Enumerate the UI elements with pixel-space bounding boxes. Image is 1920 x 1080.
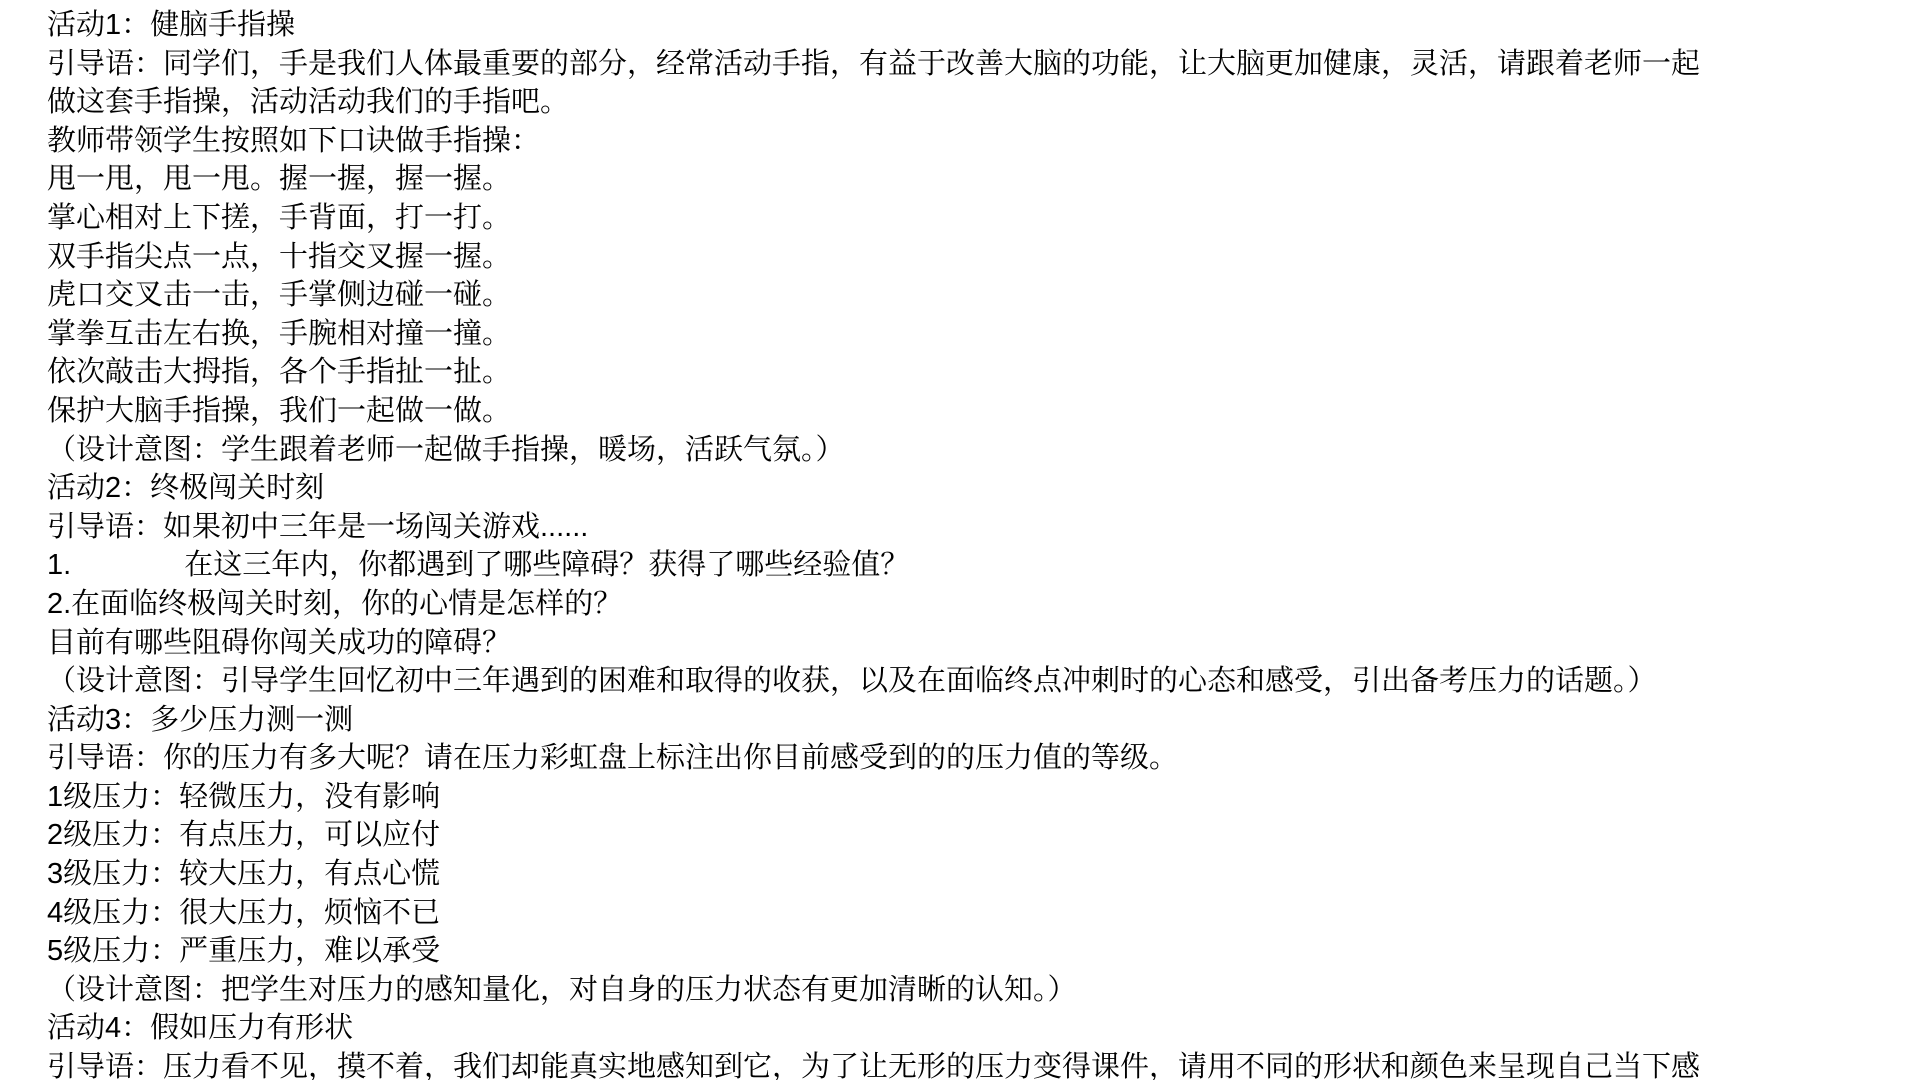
stress-level-3: 3级压力：较大压力，有点心慌 xyxy=(47,855,1900,894)
design-intent-note: （设计意图：把学生对压力的感知量化，对自身的压力状态有更加清晰的认知。） xyxy=(47,971,1900,1010)
stress-level-4: 4级压力：很大压力，烦恼不已 xyxy=(47,894,1900,933)
document-page: 活动1：健脑手指操 引导语：同学们，手是我们人体最重要的部分，经常活动手指，有益… xyxy=(0,0,1920,1080)
stress-level-1: 1级压力：轻微压力，没有影响 xyxy=(47,778,1900,817)
rhyme-line: 依次敲击大拇指，各个手指扯一扯。 xyxy=(47,353,1900,392)
activity-4-title: 活动4：假如压力有形状 xyxy=(47,1009,1900,1048)
design-intent-note: （设计意图：学生跟着老师一起做手指操，暖场，活跃气氛。） xyxy=(47,431,1900,470)
stress-level-2: 2级压力：有点压力，可以应付 xyxy=(47,816,1900,855)
rhyme-line: 掌心相对上下搓，手背面，打一打。 xyxy=(47,199,1900,238)
list-number: 1. xyxy=(47,549,71,581)
activity-2-title: 活动2：终极闯关时刻 xyxy=(47,469,1900,508)
text-line: 做这套手指操，活动活动我们的手指吧。 xyxy=(47,83,1900,122)
design-intent-note: （设计意图：引导学生回忆初中三年遇到的困难和取得的收获，以及在面临终点冲刺时的心… xyxy=(47,662,1900,701)
numbered-list-item: 1.在这三年内，你都遇到了哪些障碍？获得了哪些经验值？ xyxy=(47,546,1900,585)
list-item-text: 在这三年内，你都遇到了哪些障碍？获得了哪些经验值？ xyxy=(184,549,909,581)
stress-level-5: 5级压力：严重压力，难以承受 xyxy=(47,932,1900,971)
text-line: 引导语：压力看不见，摸不着，我们却能真实地感知到它，为了让无形的压力变得课件，请… xyxy=(47,1048,1900,1080)
rhyme-line: 掌拳互击左右换，手腕相对撞一撞。 xyxy=(47,315,1900,354)
text-line: 引导语：如果初中三年是一场闯关游戏...... xyxy=(47,508,1900,547)
rhyme-line: 保护大脑手指操，我们一起做一做。 xyxy=(47,392,1900,431)
rhyme-line: 双手指尖点一点，十指交叉握一握。 xyxy=(47,238,1900,277)
text-line: 目前有哪些阻碍你闯关成功的障碍？ xyxy=(47,624,1900,663)
rhyme-line: 虎口交叉击一击，手掌侧边碰一碰。 xyxy=(47,276,1900,315)
rhyme-line: 甩一甩，甩一甩。握一握，握一握。 xyxy=(47,160,1900,199)
text-line: 引导语：你的压力有多大呢？请在压力彩虹盘上标注出你目前感受到的的压力值的等级。 xyxy=(47,739,1900,778)
activity-1-title: 活动1：健脑手指操 xyxy=(47,6,1900,45)
text-line: 引导语：同学们，手是我们人体最重要的部分，经常活动手指，有益于改善大脑的功能，让… xyxy=(47,45,1900,84)
list-tab-gap xyxy=(71,573,184,574)
numbered-list-item: 2.在面临终极闯关时刻，你的心情是怎样的？ xyxy=(47,585,1900,624)
activity-3-title: 活动3：多少压力测一测 xyxy=(47,701,1900,740)
text-line: 教师带领学生按照如下口诀做手指操： xyxy=(47,122,1900,161)
